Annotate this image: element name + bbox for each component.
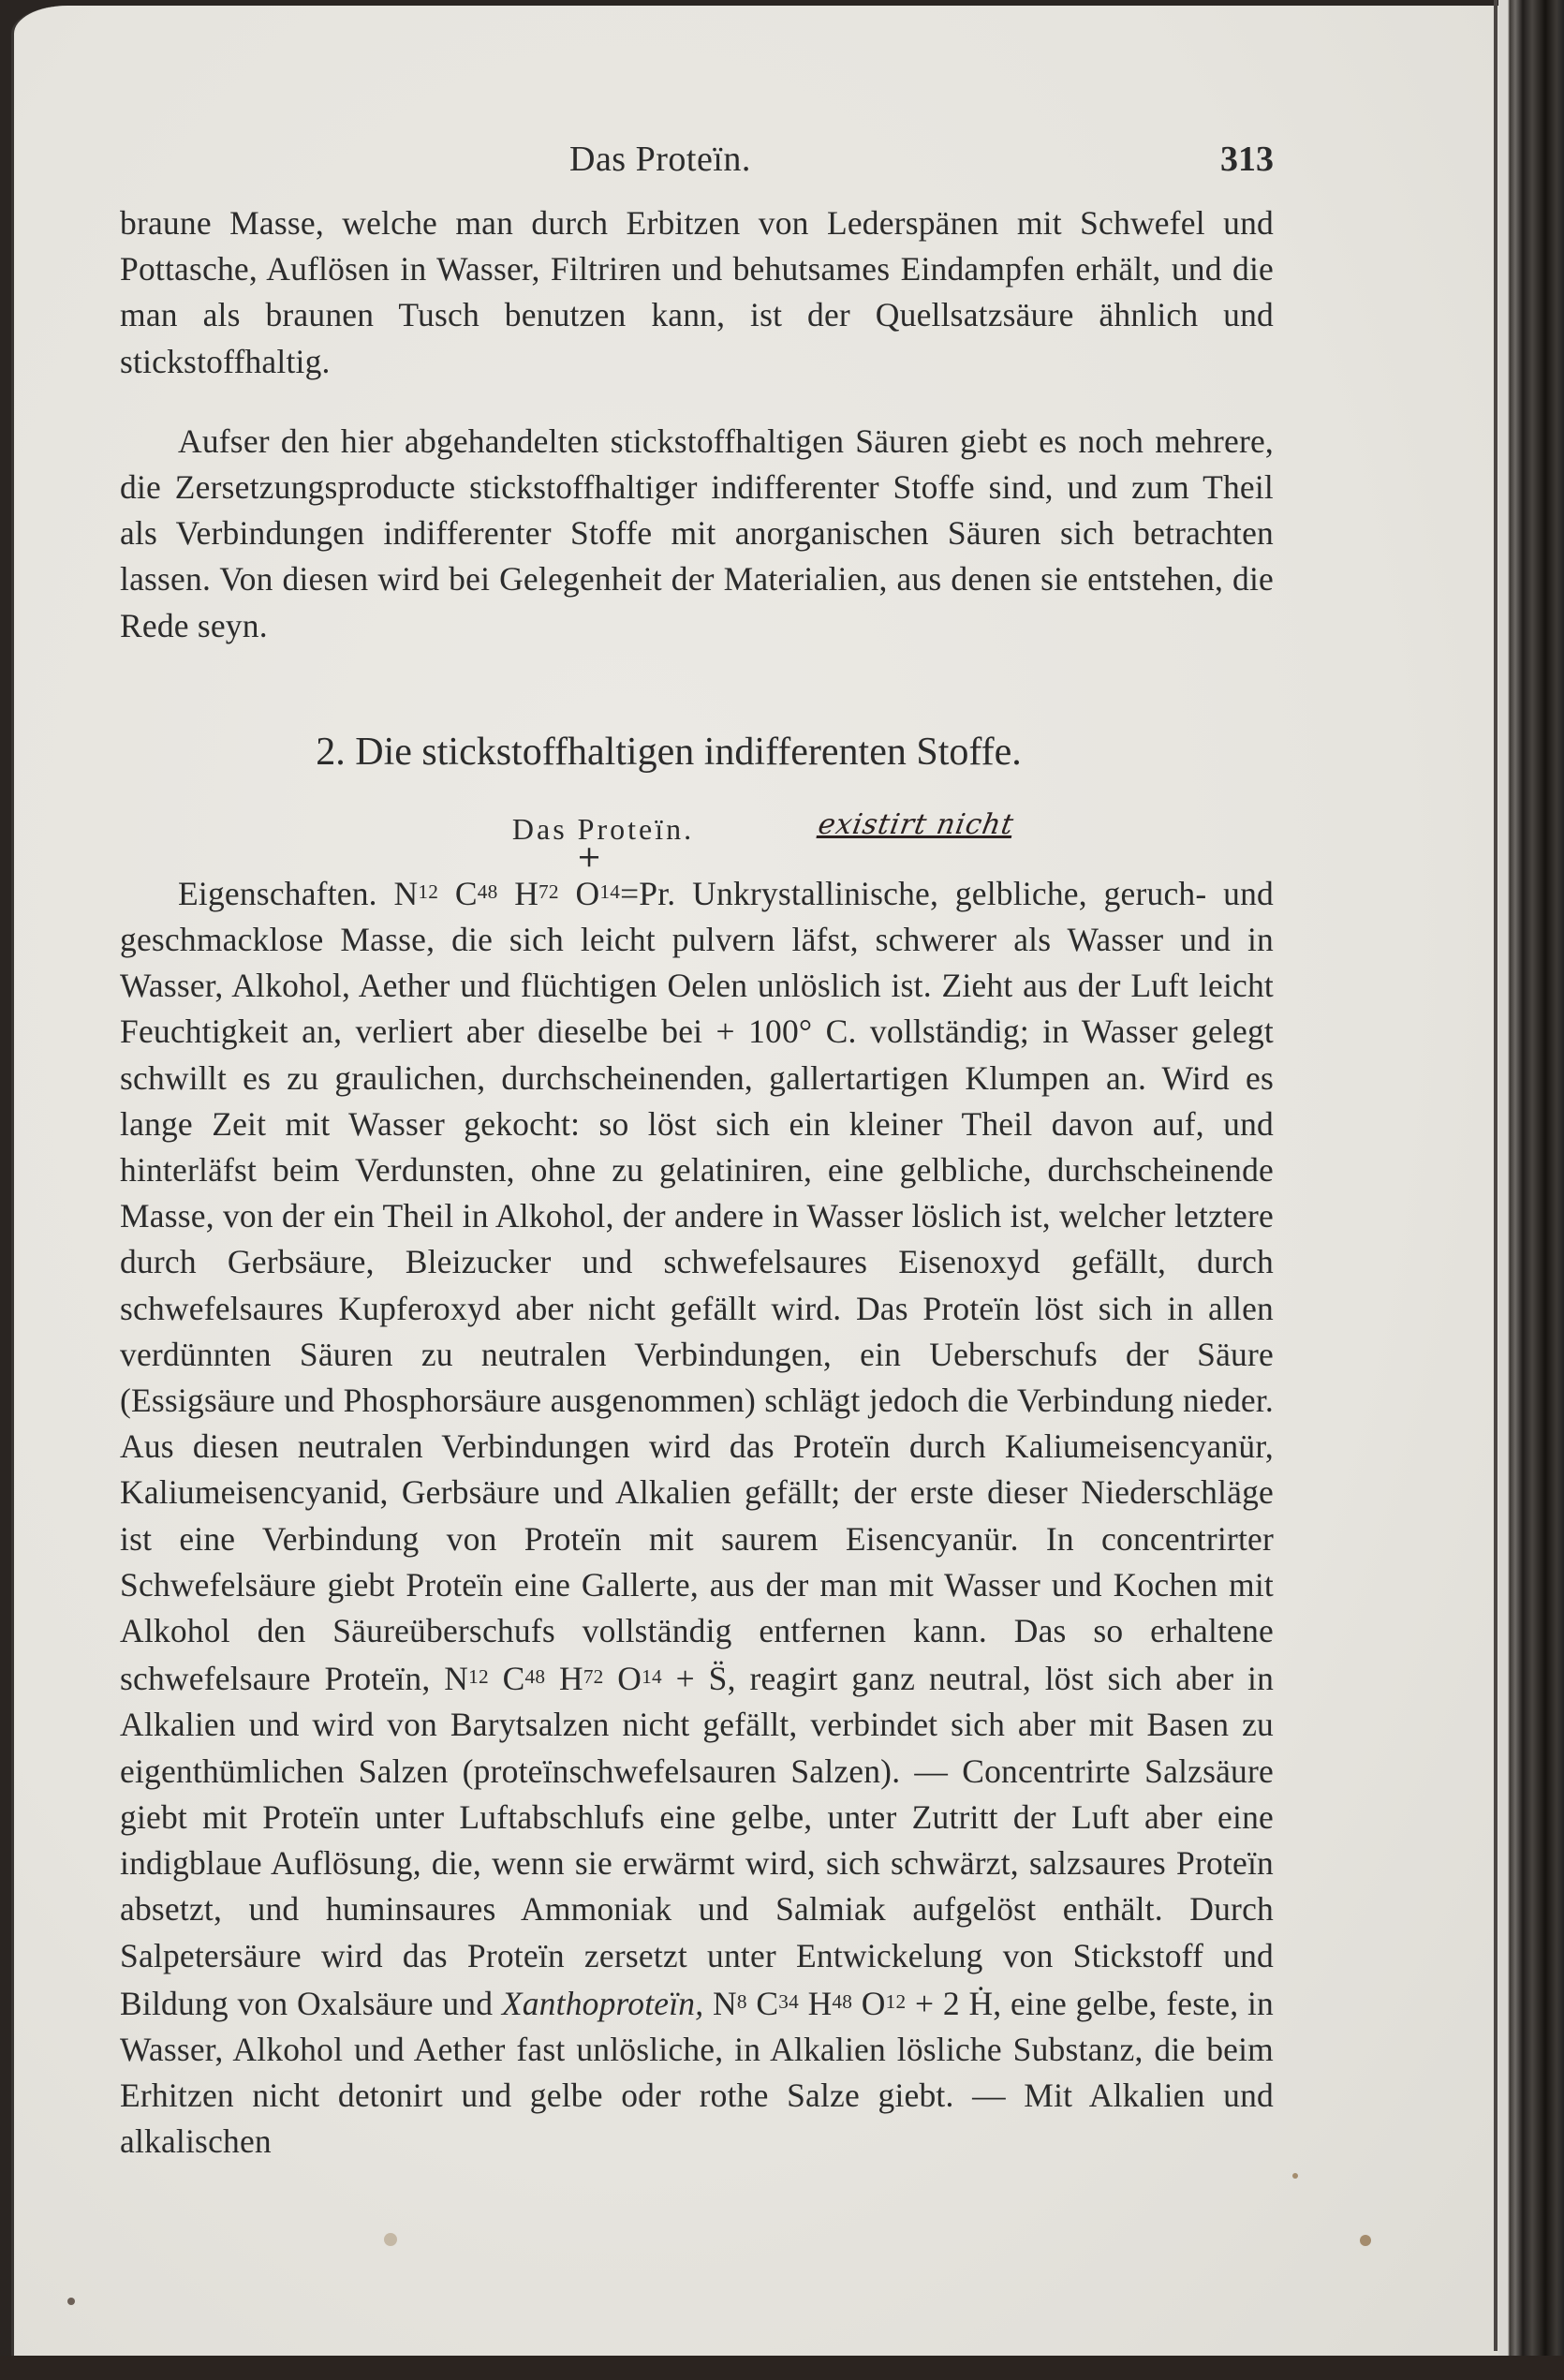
subheading: Das Proteïn. existirt nicht <box>120 812 1274 847</box>
foxing-spot <box>384 2233 397 2246</box>
paragraph-eigenschaften: Eigenschaften. N12 C48 H72 O14=Pr. Unkry… <box>120 869 1274 2166</box>
page-edge <box>1494 0 1498 2351</box>
body-text-1: Unkrystallinische, gelbliche, geruch- un… <box>120 875 1274 1697</box>
lead-term: Eigenschaften. <box>178 875 377 912</box>
foxing-spot <box>1360 2235 1371 2246</box>
page-number: 313 <box>1220 139 1274 180</box>
xanthoprotein-term: Xanthoproteïn, <box>502 1985 703 2022</box>
paragraph-continued: braune Masse, welche man durch Erbitzen … <box>120 200 1274 385</box>
book-spine <box>1498 0 1564 2380</box>
handwritten-annotation: existirt nicht <box>816 808 1017 841</box>
text-column: Das Proteïn. 313 braune Masse, welche ma… <box>120 131 1274 2166</box>
foxing-spot <box>1292 2173 1298 2179</box>
body-text-2: reagirt ganz neutral, löst sich aber in … <box>120 1660 1274 2021</box>
subheading-text: Das Proteïn. <box>512 812 694 846</box>
running-head: Das Proteïn. 313 <box>120 131 1274 187</box>
bottom-edge <box>0 2356 1564 2380</box>
running-head-title: Das Proteïn. <box>569 139 751 180</box>
paragraph-aufser: Aufser den hier abgehandelten stickstoff… <box>120 419 1274 649</box>
formula-protein: N12 C48 H72 O14=Pr. <box>394 875 693 912</box>
formula-xantho: N8 C34 H48 O12 + 2 Ḣ, <box>713 1985 1011 2022</box>
section-heading: 2. Die stickstoffhaltigen indifferenten … <box>120 730 1274 775</box>
formula-sulfate: N12 C48 H72 O14 + S̈, <box>444 1660 749 1697</box>
foxing-spot <box>67 2298 75 2305</box>
plus-mark: + <box>120 847 1274 869</box>
